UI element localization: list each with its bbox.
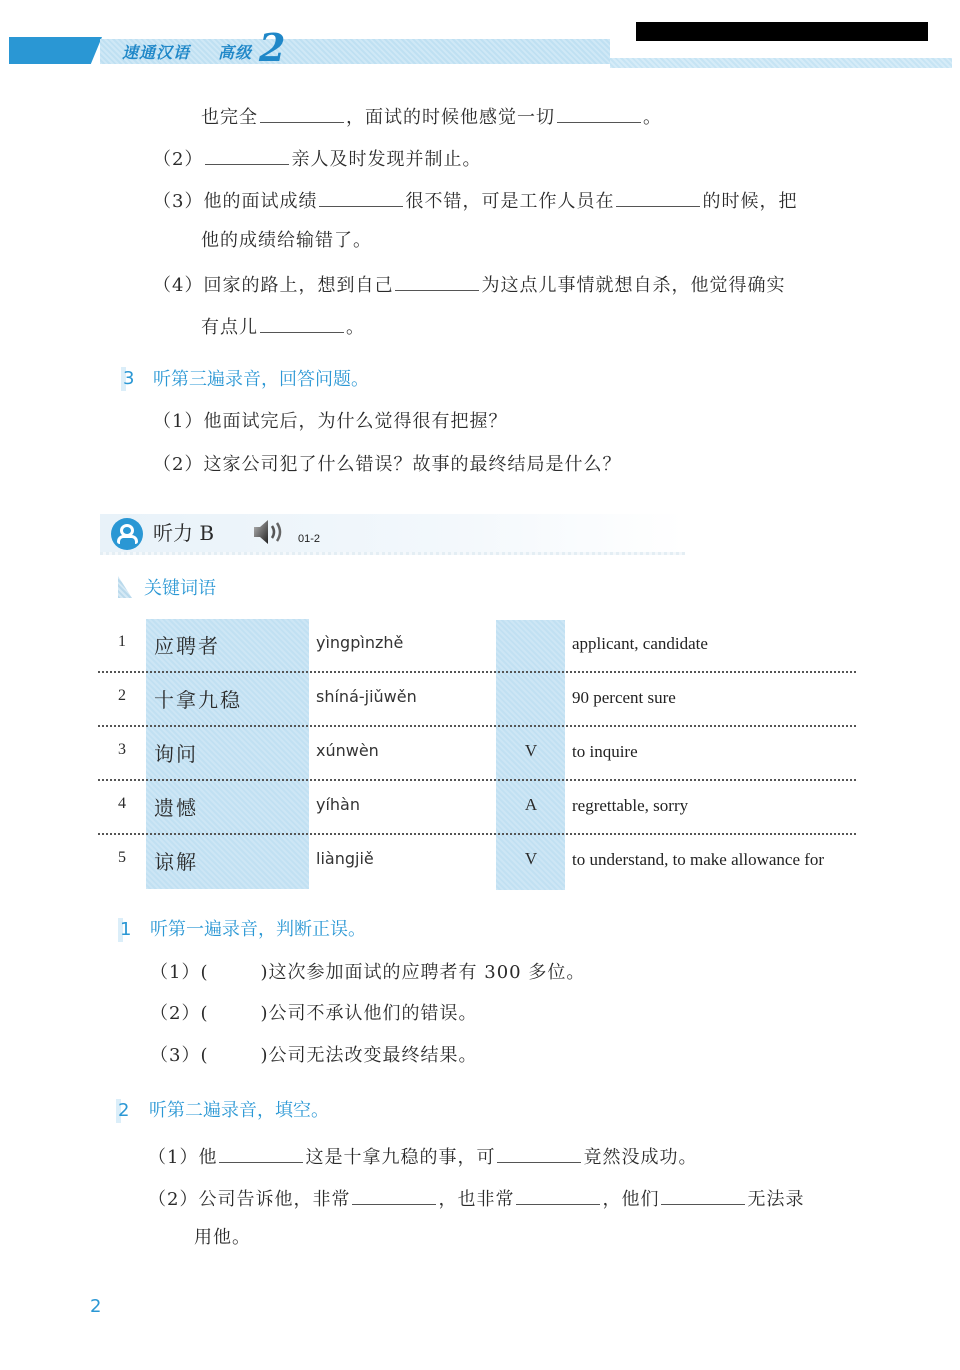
line-text: 也完全 [201,107,258,128]
vocab-pinyin: xúnwèn [316,741,379,760]
triangle-marker-icon [118,576,132,598]
exercise-line: 也完全，面试的时候他感觉一切。 [201,102,662,131]
vocab-definition: regrettable, sorry [572,796,688,816]
line-text: 这是十拿九稳的事，可 [305,1147,495,1168]
true-false-item: （3）()公司无法改变最终结果。 [150,1043,478,1069]
line-text: 的时候，把 [702,191,797,212]
line-text: 有点儿 [201,317,258,338]
line-text: 他的成绩给输错了。 [201,230,372,251]
answer-blank[interactable] [319,186,403,207]
vocab-word: 询问 [154,738,198,767]
item-number: （2） [153,454,203,475]
vocab-definition: to inquire [572,742,638,762]
redaction-bar [636,22,928,41]
item-number: （1） [148,1147,198,1168]
answer-blank[interactable] [260,312,344,333]
line-text: 公司告诉他，非常 [198,1189,350,1210]
line-text: ，面试的时候他感觉一切 [346,107,555,128]
statement-text: 这次参加面试的应聘者有 300 多位。 [269,962,586,983]
answer-blank[interactable] [352,1184,436,1205]
level-number: 2 [259,28,285,68]
line-text: ，也非常 [438,1189,514,1210]
answer-blank[interactable] [395,270,479,291]
statement-text: 公司不承认他们的错误。 [269,1003,478,1024]
paren-close: ) [260,962,268,983]
line-text: 他 [198,1147,217,1168]
answer-blank[interactable] [516,1184,600,1205]
answer-blank[interactable] [616,186,700,207]
item-number: （1） [153,411,203,432]
item-number: （2） [148,1189,198,1210]
vocab-pos: V [496,741,566,761]
statement-text: 公司无法改变最终结果。 [269,1045,478,1066]
vocab-row: 3 询问 xúnwèn V to inquire [98,727,856,781]
line-text: 无法录 [747,1189,804,1210]
vocab-word: 遗憾 [154,792,198,821]
line-text: 回家的路上，想到自己 [203,275,393,296]
section-title: 听第二遍录音，填空。 [149,1099,329,1123]
section-number: 2 [116,1099,129,1123]
fill-blank-item: （2）公司告诉他，非常，也非常，他们无法录 [148,1184,804,1213]
vocab-number: 2 [118,687,126,705]
vocab-word: 谅解 [154,846,198,875]
book-title: 速通汉语 [122,40,190,63]
item-number: （4） [153,275,203,296]
vocab-pos: V [496,849,566,869]
vocab-row: 5 谅解 liàngjiě V to understand, to make a… [98,835,856,889]
line-text: 亲人及时发现并制止。 [291,149,481,170]
speaker-audio-icon[interactable] [252,517,288,547]
vocab-definition: to understand, to make allowance for [572,850,824,870]
person-icon [111,518,143,550]
track-number: 01-2 [298,533,320,545]
page-number: 2 [90,1296,101,1317]
exercise-line: （4）回家的路上，想到自己为这点儿事情就想自杀，他觉得确实 [153,270,785,299]
item-number: （3） [153,191,203,212]
true-false-item: （2）()公司不承认他们的错误。 [150,1001,478,1027]
vocab-number: 4 [118,795,126,813]
line-text: 用他。 [194,1227,251,1248]
line-text: 。 [643,107,662,128]
line-text: 为这点儿事情就想自杀，他觉得确实 [481,275,785,296]
exercise-line: 他的成绩给输错了。 [201,228,372,254]
question-item: （2）这家公司犯了什么错误？故事的最终结局是什么？ [153,452,621,478]
vocab-number: 5 [118,849,126,867]
line-text: 。 [346,317,365,338]
answer-blank[interactable] [497,1142,581,1163]
vocab-definition: applicant, candidate [572,634,708,654]
vocab-number: 1 [118,633,126,651]
item-number: （3）( [150,1045,208,1066]
answer-blank[interactable] [205,144,289,165]
answer-blank[interactable] [661,1184,745,1205]
fill-blank-item: 用他。 [194,1225,251,1251]
vocab-pinyin: yìngpìnzhě [316,633,403,652]
fill-blank-item: （1）他这是十拿九稳的事，可竟然没成功。 [148,1142,697,1171]
line-text: 他的面试成绩 [203,191,317,212]
line-text: 竟然没成功。 [583,1147,697,1168]
line-text: 很不错，可是工作人员在 [405,191,614,212]
answer-blank[interactable] [260,102,344,123]
question-text: 这家公司犯了什么错误？故事的最终结局是什么？ [203,454,621,475]
answer-blank[interactable] [219,1142,303,1163]
line-text: ，他们 [602,1189,659,1210]
item-number: （2）( [150,1003,208,1024]
vocab-pinyin: liàngjiě [316,849,374,868]
vocab-row: 1 应聘者 yìngpìnzhě applicant, candidate [98,619,856,673]
question-item: （1）他面试完后，为什么觉得很有把握？ [153,409,507,435]
section-number: 1 [118,918,131,942]
answer-blank[interactable] [557,102,641,123]
exercise-line: （2）亲人及时发现并制止。 [153,144,481,173]
paren-close: ) [260,1045,268,1066]
vocab-word: 十拿九稳 [154,684,242,713]
true-false-item: （1）()这次参加面试的应聘者有 300 多位。 [150,960,585,986]
header-band-extension [610,58,952,68]
exercise-line: （3）他的面试成绩很不错，可是工作人员在的时候，把 [153,186,797,215]
item-number: （1）( [150,962,208,983]
paren-close: ) [260,1003,268,1024]
section-number: 3 [121,367,134,391]
keywords-title: 关键词语 [144,577,216,601]
vocab-row: 4 遗憾 yíhàn A regrettable, sorry [98,781,856,835]
vocab-pinyin: shíná-jiǔwěn [316,687,417,706]
header-band-dark [9,37,102,64]
question-text: 他面试完后，为什么觉得很有把握？ [203,411,507,432]
banner-underline [100,552,685,555]
vocab-row: 2 十拿九稳 shíná-jiǔwěn 90 percent sure [98,673,856,727]
listening-b-title: 听力 B [153,519,214,547]
section-title: 听第一遍录音，判断正误。 [150,918,366,942]
level-label: 高级 [218,40,252,63]
section-title: 听第三遍录音，回答问题。 [153,368,369,392]
vocab-pos: A [496,795,566,815]
vocab-definition: 90 percent sure [572,688,676,708]
vocab-word: 应聘者 [154,630,220,659]
vocab-pinyin: yíhàn [316,795,360,814]
item-number: （2） [153,149,203,170]
vocab-number: 3 [118,741,126,759]
exercise-line: 有点儿。 [201,312,365,341]
